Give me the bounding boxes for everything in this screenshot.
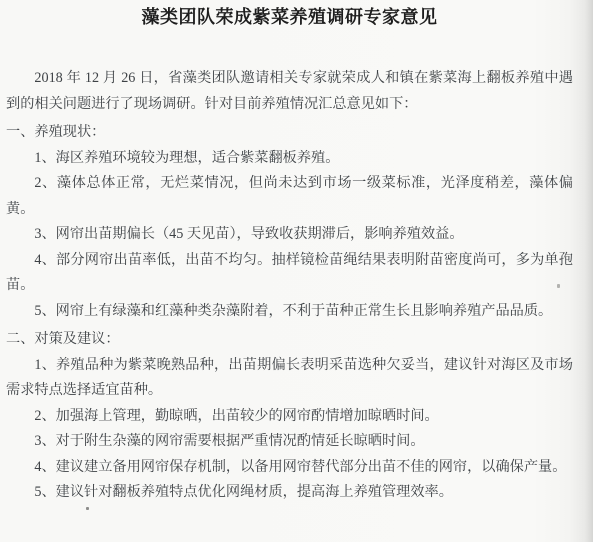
list-item: 2、加强海上管理，勤晾晒，出苗较少的网帘酌情增加晾晒时间。 <box>6 404 573 430</box>
section-2-heading: 二、对策及建议： <box>6 327 573 353</box>
document-page: 藻类团队荣成紫菜养殖调研专家意见 2018 年 12 月 26 日，省藻类团队邀… <box>0 0 593 542</box>
list-item: 5、建议针对翻板养殖特点优化网绳材质，提高海上养殖管理效率。 <box>6 480 573 506</box>
section-1-heading: 一、养殖现状： <box>6 120 573 146</box>
list-item: 1、海区养殖环境较为理想，适合紫菜翻板养殖。 <box>6 146 573 172</box>
intro-paragraph: 2018 年 12 月 26 日，省藻类团队邀请相关专家就荣成人和镇在紫菜海上翻… <box>6 66 573 117</box>
list-item: 4、建议建立备用网帘保存机制，以备用网帘替代部分出苗不佳的网帘，以确保产量。 <box>6 455 573 481</box>
list-item: 1、养殖品种为紫菜晚熟品种，出苗期偏长表明采苗选种欠妥当，建议针对海区及市场需求… <box>6 353 573 404</box>
list-item: 3、网帘出苗期偏长（45 天见苗），导致收获期滞后，影响养殖效益。 <box>6 222 573 248</box>
page-title: 藻类团队荣成紫菜养殖调研专家意见 <box>6 6 573 29</box>
list-item: 2、藻体总体正常，无烂菜情况，但尚未达到市场一级菜标准，光泽度稍差，藻体偏黄。 <box>6 171 573 222</box>
scan-artifact-smudge <box>557 284 560 288</box>
scan-artifact-dot <box>86 507 89 510</box>
document-content: 藻类团队荣成紫菜养殖调研专家意见 2018 年 12 月 26 日，省藻类团队邀… <box>6 0 573 506</box>
list-item: 5、网帘上有绿藻和红藻种类杂藻附着，不利于苗种正常生长且影响养殖产品品质。 <box>6 299 573 325</box>
list-item: 4、部分网帘出苗率低，出苗不均匀。抽样镜检苗绳结果表明附苗密度尚可，多为单孢苗。 <box>6 248 573 299</box>
list-item: 3、对于附生杂藻的网帘需要根据严重情况酌情延长晾晒时间。 <box>6 429 573 455</box>
